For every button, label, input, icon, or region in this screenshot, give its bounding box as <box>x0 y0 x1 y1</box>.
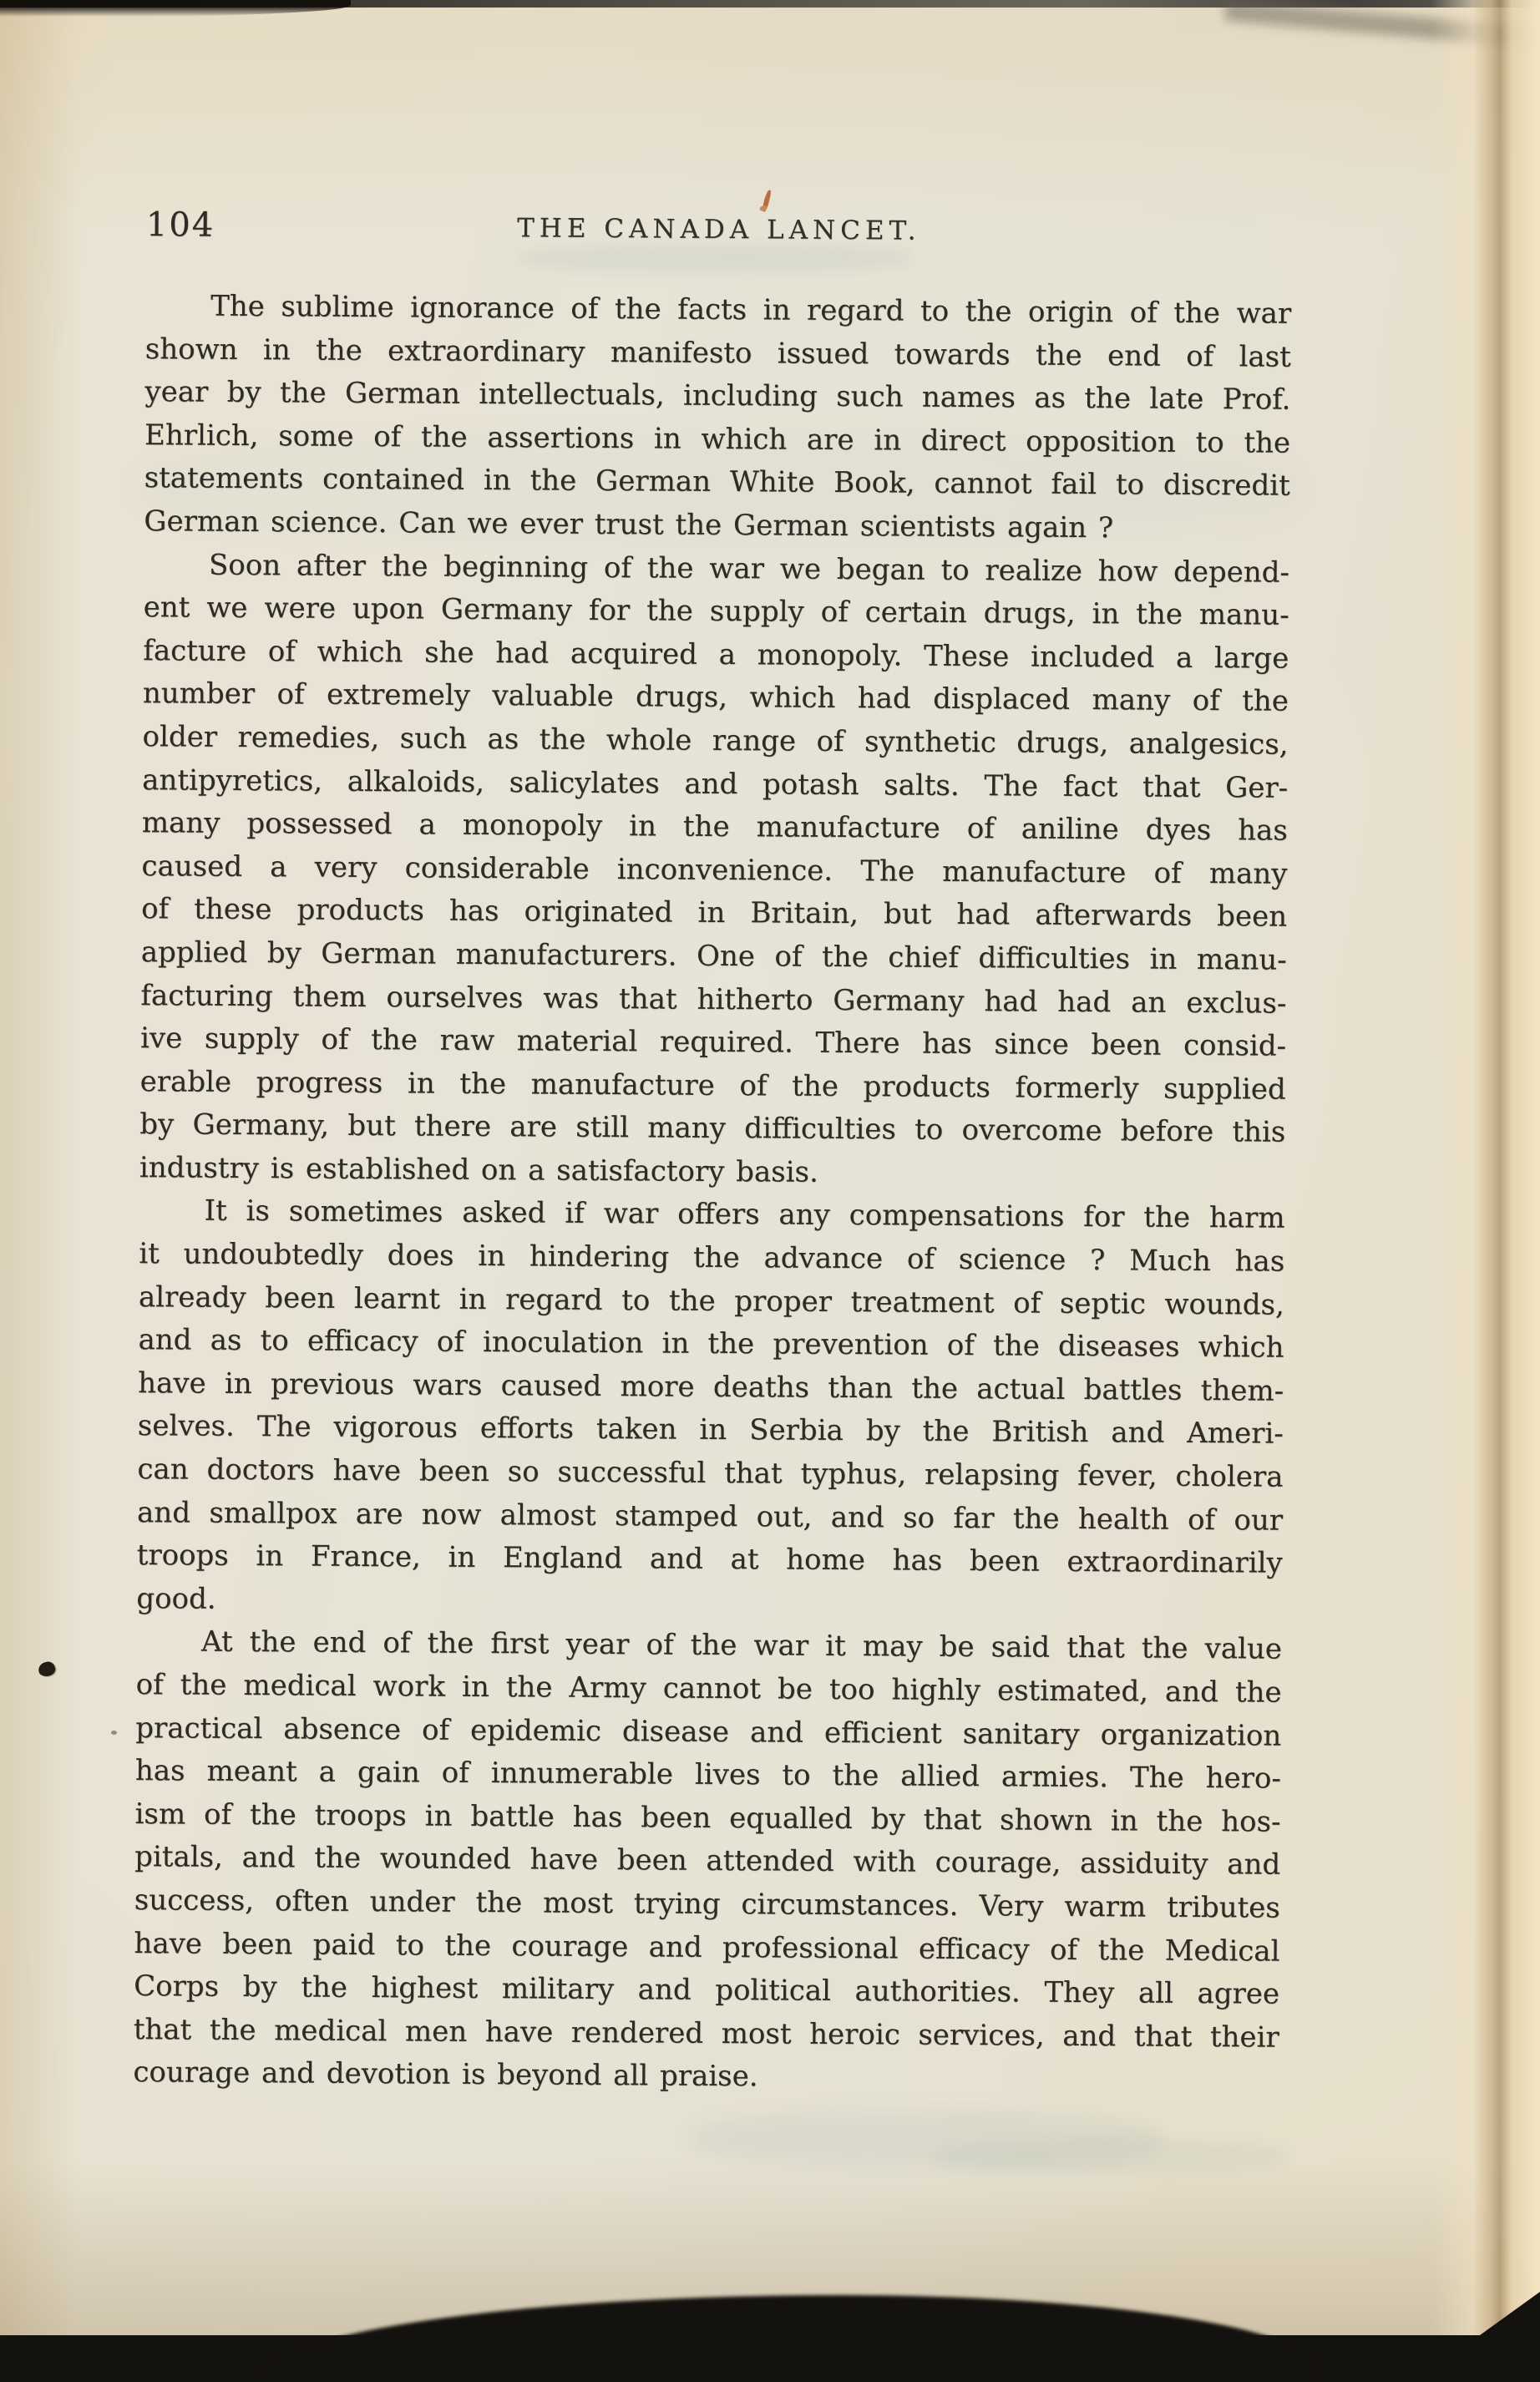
text-line: ism of the troops in battle has been equ… <box>134 1793 1280 1844</box>
text-line: has meant a gain of innumerable lives to… <box>135 1750 1281 1801</box>
text-line: number of extremely valuable drugs, whic… <box>143 672 1289 723</box>
text-line: industry is established on a satisfactor… <box>139 1147 1285 1198</box>
article-body: The sublime ignorance of the facts in re… <box>133 285 1291 2102</box>
text-line: selves. The vigorous efforts taken in Se… <box>138 1406 1284 1457</box>
page-number: 104 <box>146 205 215 245</box>
text-line: older remedies, such as the whole range … <box>142 716 1288 767</box>
page-curl-shadow <box>1431 0 1540 2335</box>
text-line: and as to efficacy of inoculation in the… <box>138 1319 1284 1370</box>
running-head: THE CANADA LANCET. <box>146 204 1292 249</box>
text-line: it undoubtedly does in hindering the adv… <box>139 1233 1284 1284</box>
text-line: The sublime ignorance of the facts in re… <box>145 285 1291 336</box>
text-line: of the medical work in the Army cannot b… <box>135 1664 1281 1715</box>
text-line: facture of which she had acquired a mono… <box>143 630 1289 681</box>
text-line: At the end of the first year of the war … <box>136 1620 1282 1671</box>
text-line: Ehrlich, some of the assertions in which… <box>144 414 1290 465</box>
text-line: facturing them ourselves was that hither… <box>140 975 1286 1026</box>
text-line: year by the German intellectuals, includ… <box>144 371 1290 422</box>
text-line: antipyretics, alkaloids, salicylates and… <box>142 759 1288 810</box>
scanned-page: 104 THE CANADA LANCET. The sublime ignor… <box>0 0 1540 2335</box>
text-line: that the medical men have rendered most … <box>134 2009 1279 2060</box>
text-line: already been learnt in regard to the pro… <box>139 1276 1284 1327</box>
text-line: ent we were upon Germany for the supply … <box>143 586 1289 637</box>
paper-speck <box>111 1731 117 1735</box>
text-line: Soon after the beginning of the war we b… <box>144 544 1289 595</box>
paragraph: It is sometimes asked if war offers any … <box>136 1190 1285 1629</box>
text-line: by Germany, but there are still many dif… <box>139 1103 1285 1154</box>
text-line: success, often under the most trying cir… <box>134 1879 1280 1930</box>
text-line: erable progress in the manufacture of th… <box>140 1061 1286 1112</box>
text-line: have in previous wars caused more deaths… <box>138 1362 1284 1413</box>
text-line: It is sometimes asked if war offers any … <box>139 1190 1284 1241</box>
text-line: caused a very considerable inconvenience… <box>141 845 1287 896</box>
text-line: courage and devotion is beyond all prais… <box>133 2051 1279 2102</box>
paragraph: The sublime ignorance of the facts in re… <box>144 285 1291 551</box>
printed-content: 104 THE CANADA LANCET. The sublime ignor… <box>0 0 1540 2335</box>
text-line: ive supply of the raw material required.… <box>140 1017 1286 1068</box>
text-line: statements contained in the German White… <box>144 457 1290 508</box>
text-line: and smallpox are now almost stamped out,… <box>137 1492 1283 1543</box>
text-line: pitals, and the wounded have been attend… <box>134 1836 1280 1887</box>
text-line: applied by German manufacturers. One of … <box>141 931 1287 982</box>
text-line: good. <box>136 1578 1282 1629</box>
text-line: troops in France, in England and at home… <box>137 1534 1283 1585</box>
page-header: 104 THE CANADA LANCET. <box>146 204 1292 257</box>
text-line: shown in the extraordinary manifesto iss… <box>145 328 1291 379</box>
paragraph: At the end of the first year of the war … <box>133 1620 1282 2102</box>
text-line: German science. Can we ever trust the Ge… <box>144 500 1289 551</box>
text-line: of these products has originated in Brit… <box>141 888 1287 939</box>
text-line: have been paid to the courage and profes… <box>134 1923 1279 1974</box>
text-line: practical absence of epidemic disease an… <box>135 1707 1281 1758</box>
text-line: can doctors have been so successful that… <box>137 1448 1283 1499</box>
text-line: many possessed a monopoly in the manufac… <box>142 802 1288 853</box>
paragraph: Soon after the beginning of the war we b… <box>139 544 1289 1198</box>
text-line: Corps by the highest military and politi… <box>134 1965 1279 2016</box>
